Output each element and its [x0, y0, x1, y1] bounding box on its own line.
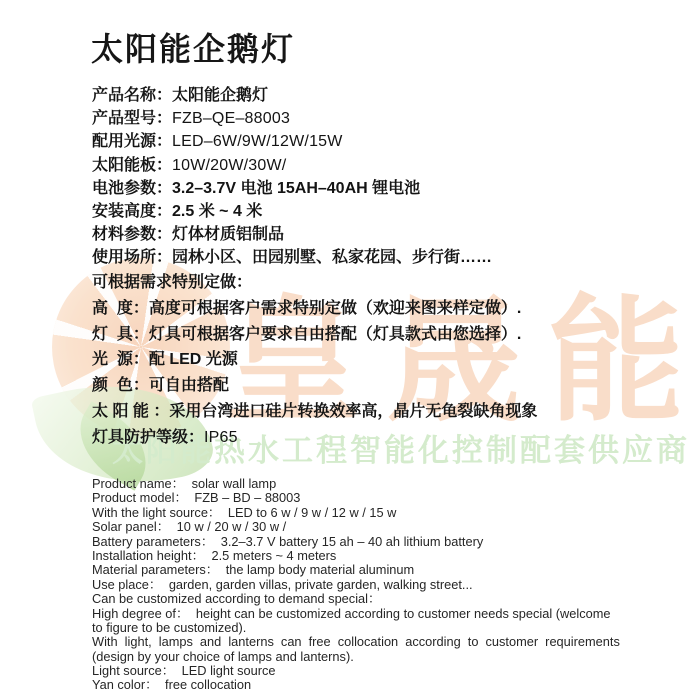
en-spec-list: Product name： solar wall lamp Product mo…: [92, 477, 620, 693]
custom-row-light-source: 光 源：配 LED 光源: [92, 347, 537, 373]
custom-row-solar: 太 阳 能 ：采用台湾进口硅片转换效率高，晶片无龟裂缺角现象: [92, 399, 537, 425]
spec-value: 配 LED 光源: [149, 351, 238, 368]
page-title: 太阳能企鹅灯: [91, 24, 295, 70]
spec-value: 灯具可根据客户要求自由搭配（灯具款式由您选择）.: [149, 326, 521, 343]
spec-row-light-source: 配用光源：LED–6W/9W/12W/15W: [92, 130, 492, 153]
en-line-use-place: Use place： garden, garden villas, privat…: [92, 578, 620, 592]
spec-row-product-name: 产品名称：太阳能企鹅灯: [92, 84, 492, 107]
spec-value: 高度可根据客户需求特别定做（欢迎来图来样定做）.: [149, 300, 521, 317]
spec-row-material: 材料参数：灯体材质铝制品: [92, 223, 492, 246]
spec-label: 配用光源：: [92, 133, 172, 150]
en-line-yan-color: Yan color： free collocation: [92, 678, 620, 692]
spec-value: 采用台湾进口硅片转换效率高，晶片无龟裂缺角现象: [169, 403, 537, 420]
spec-label: 太 阳 能 ：: [92, 403, 169, 420]
spec-row-install-height: 安装高度：2.5 米 ~ 4 米: [92, 200, 492, 223]
spec-label: 使用场所：: [92, 249, 172, 266]
spec-label: 产品型号：: [92, 110, 172, 127]
en-line-light-source: With the light source： LED to 6 w / 9 w …: [92, 506, 620, 520]
en-line-high-degree: High degree of： height can be customized…: [92, 607, 620, 621]
en-line-battery: Battery parameters： 3.2–3.7 V battery 15…: [92, 535, 620, 549]
spec-label: 太阳能板：: [92, 157, 172, 174]
spec-label: 高 度：: [92, 300, 149, 317]
custom-row-ip-rating: 灯具防护等级：IP65: [92, 425, 537, 451]
cn-customization-list: 可根据需求特别定做： 高 度：高度可根据客户需求特别定做（欢迎来图来样定做）. …: [92, 270, 537, 451]
spec-value: 2.5 米 ~ 4 米: [172, 203, 262, 220]
en-line-product-name: Product name： solar wall lamp: [92, 477, 620, 491]
en-line-solar-panel: Solar panel： 10 w / 20 w / 30 w /: [92, 520, 620, 534]
spec-value: 太阳能企鹅灯: [172, 87, 268, 104]
spec-label: 电池参数：: [92, 180, 172, 197]
custom-row-color: 颜 色：可自由搭配: [92, 373, 537, 399]
spec-value: 3.2–3.7V 电池 15AH–40AH 锂电池: [172, 180, 420, 197]
spec-label: 灯 具：: [92, 326, 149, 343]
en-line-high-degree-cont: to figure to be customized).: [92, 621, 620, 635]
spec-value: IP65: [204, 429, 238, 446]
spec-label: 安装高度：: [92, 203, 172, 220]
spec-value: 可自由搭配: [149, 377, 229, 394]
en-line-led-source: Light source： LED light source: [92, 664, 620, 678]
custom-row-fixture: 灯 具：灯具可根据客户要求自由搭配（灯具款式由您选择）.: [92, 322, 537, 348]
product-spec-sheet: 皇晟能 太阳能热水工程智能化控制配套供应商 太阳能企鹅灯 产品名称：太阳能企鹅灯…: [0, 0, 700, 700]
spec-row-use-place: 使用场所：园林小区、田园别墅、私家花园、步行街……: [92, 246, 492, 269]
spec-value: 10W/20W/30W/: [172, 157, 286, 174]
spec-label: 产品名称：: [92, 87, 172, 104]
cn-spec-list: 产品名称：太阳能企鹅灯 产品型号：FZB–QE–88003 配用光源：LED–6…: [92, 84, 492, 270]
customization-heading: 可根据需求特别定做：: [92, 270, 537, 296]
en-line-with-light: With light, lamps and lanterns can free …: [92, 635, 620, 649]
en-line-install-height: Installation height： 2.5 meters ~ 4 mete…: [92, 549, 620, 563]
spec-row-product-model: 产品型号：FZB–QE–88003: [92, 107, 492, 130]
spec-value: LED–6W/9W/12W/15W: [172, 133, 343, 150]
en-line-customized: Can be customized according to demand sp…: [92, 592, 620, 606]
spec-label: 光 源：: [92, 351, 149, 368]
spec-row-solar-panel: 太阳能板：10W/20W/30W/: [92, 154, 492, 177]
en-line-with-light-cont: (design by your choice of lamps and lant…: [92, 650, 620, 664]
spec-value: FZB–QE–88003: [172, 110, 290, 127]
custom-row-height: 高 度：高度可根据客户需求特别定做（欢迎来图来样定做）.: [92, 296, 537, 322]
en-line-product-model: Product model： FZB – BD – 88003: [92, 491, 620, 505]
spec-label: 灯具防护等级：: [92, 429, 204, 446]
en-line-material: Material parameters： the lamp body mater…: [92, 563, 620, 577]
spec-value: 灯体材质铝制品: [172, 226, 284, 243]
spec-value: 园林小区、田园别墅、私家花园、步行街……: [172, 249, 492, 266]
spec-row-battery: 电池参数：3.2–3.7V 电池 15AH–40AH 锂电池: [92, 177, 492, 200]
spec-label: 材料参数：: [92, 226, 172, 243]
spec-label: 颜 色：: [92, 377, 149, 394]
